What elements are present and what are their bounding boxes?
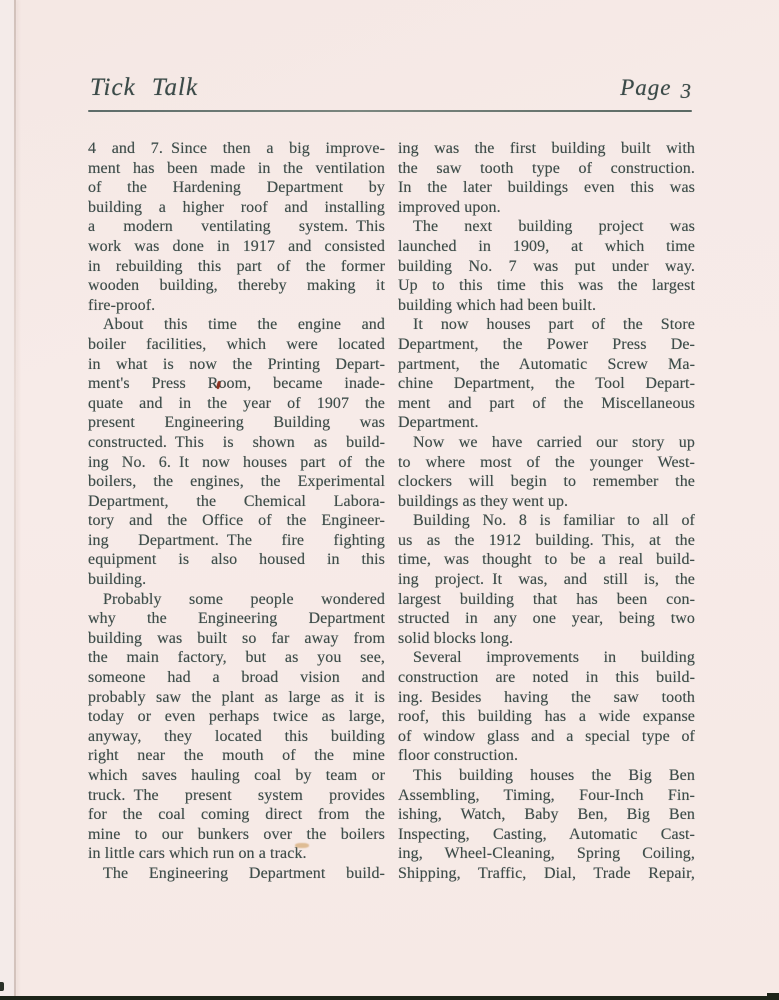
text-line: roof, this building has a wide expanse (398, 707, 695, 727)
page-label: Page3 (620, 75, 692, 101)
text-line: fire-proof. (88, 296, 385, 316)
text-line: largest building that has been con- (398, 590, 695, 610)
text-line: building a higher roof and installing (88, 198, 385, 218)
text-line: construction are noted in this build- (398, 668, 695, 688)
text-line: anyway, they located this building (88, 727, 385, 747)
text-line: In the later buildings even this was (398, 178, 695, 198)
text-line: the main factory, but as you see, (88, 648, 385, 668)
text-line: present Engineering Building was (88, 413, 385, 433)
text-line: Several improvements in building (398, 648, 695, 668)
text-line: a modern ventilating system. This (88, 217, 385, 237)
text-line: in what is now the Printing Depart- (88, 355, 385, 375)
publication-title: Tick Talk (90, 74, 198, 102)
text-line: of the Hardening Department by (88, 178, 385, 198)
text-line: constructed. This is shown as build- (88, 433, 385, 453)
text-line: buildings as they went up. (398, 492, 695, 512)
scan-edge-mark (0, 982, 4, 991)
text-line: ing Department. The fire fighting (88, 531, 385, 551)
text-line: wooden building, thereby making it (88, 276, 385, 296)
text-line: tory and the Office of the Engineer- (88, 511, 385, 531)
text-line: Assembling, Timing, Four-Inch Fin- (398, 786, 695, 806)
column-left: 4 and 7. Since then a big improve-ment h… (88, 139, 385, 884)
paragraph: About this time the engine andboiler fac… (88, 315, 385, 589)
text-line: structed in any one year, being two (398, 609, 695, 629)
paragraph: The next building project waslaunched in… (398, 217, 695, 315)
page-number: 3 (681, 79, 693, 103)
article-body: 4 and 7. Since then a big improve-ment h… (88, 139, 695, 884)
text-line: boilers, the engines, the Experimental (88, 472, 385, 492)
text-line: solid blocks long. (398, 629, 695, 649)
text-line: truck. The present system provides (88, 786, 385, 806)
text-line: ing project. It was, and still is, the (398, 570, 695, 590)
text-line: Department, the Power Press De- (398, 335, 695, 355)
text-line: ment's Press Room, became inade- (88, 374, 385, 394)
paragraph: Building No. 8 is familiar to all ofus a… (398, 511, 695, 648)
scan-corner-mark (767, 993, 779, 1000)
text-line: Probably some people wondered (88, 590, 385, 610)
text-line: work was done in 1917 and consisted (88, 237, 385, 257)
text-line: 4 and 7. Since then a big improve- (88, 139, 385, 159)
text-line: The next building project was (398, 217, 695, 237)
column-right: ing was the first building built withthe… (398, 139, 695, 884)
text-line: clockers will begin to remember the (398, 472, 695, 492)
text-line: for the coal coming direct from the (88, 805, 385, 825)
text-line: building No. 7 was put under way. (398, 257, 695, 277)
text-line: ing No. 6. It now houses part of the (88, 453, 385, 473)
text-line: building was built so far away from (88, 629, 385, 649)
text-line: ishing, Watch, Baby Ben, Big Ben (398, 805, 695, 825)
text-line: building which had been built. (398, 296, 695, 316)
text-line: Up to this time this was the largest (398, 276, 695, 296)
paragraph: Now we have carried our story upto where… (398, 433, 695, 511)
text-line: in rebuilding this part of the former (88, 257, 385, 277)
text-line: ment and part of the Miscellaneous (398, 394, 695, 414)
text-line: It now houses part of the Store (398, 315, 695, 335)
header-rule (88, 110, 692, 112)
text-line: in little cars which run on a track. (88, 844, 385, 864)
text-line: boiler facilities, which were located (88, 335, 385, 355)
text-line: ing was the first building built with (398, 139, 695, 159)
scan-speck-tan (295, 843, 309, 848)
text-line: why the Engineering Department (88, 609, 385, 629)
paragraph: This building houses the Big BenAssembli… (398, 766, 695, 884)
text-line: The Engineering Department build- (88, 864, 385, 884)
paragraph: Several improvements in buildingconstruc… (398, 648, 695, 766)
text-line: building. (88, 570, 385, 590)
text-line: Department. (398, 413, 695, 433)
text-line: partment, the Automatic Screw Ma- (398, 355, 695, 375)
paragraph: 4 and 7. Since then a big improve-ment h… (88, 139, 385, 315)
text-line: someone had a broad vision and (88, 668, 385, 688)
text-line: the saw tooth type of construction. (398, 159, 695, 179)
page-word: Page (620, 75, 671, 100)
text-line: launched in 1909, at which time (398, 237, 695, 257)
document-page: Tick Talk Page3 4 and 7. Since then a bi… (0, 0, 779, 1000)
text-line: ment has been made in the ventilation (88, 159, 385, 179)
paragraph: Probably some people wonderedwhy the Eng… (88, 590, 385, 864)
text-line: us as the 1912 building. This, at the (398, 531, 695, 551)
text-line: ing. Besides having the saw tooth (398, 688, 695, 708)
text-line: Inspecting, Casting, Automatic Cast- (398, 825, 695, 845)
text-line: of window glass and a special type of (398, 727, 695, 747)
text-line: time, was thought to be a real build- (398, 550, 695, 570)
text-line: ing, Wheel-Cleaning, Spring Coiling, (398, 844, 695, 864)
text-line: right near the mouth of the mine (88, 746, 385, 766)
text-line: equipment is also housed in this (88, 550, 385, 570)
text-line: quate and in the year of 1907 the (88, 394, 385, 414)
text-line: improved upon. (398, 198, 695, 218)
scan-bottom-edge (0, 996, 779, 1000)
paragraph: It now houses part of the StoreDepartmen… (398, 315, 695, 433)
scan-left-edge (0, 0, 14, 1000)
text-line: to where most of the younger West- (398, 453, 695, 473)
text-line: mine to our bunkers over the boilers (88, 825, 385, 845)
text-line: today or even perhaps twice as large, (88, 707, 385, 727)
text-line: Department, the Chemical Labora- (88, 492, 385, 512)
page-header: Tick Talk Page3 (90, 74, 692, 102)
text-line: About this time the engine and (88, 315, 385, 335)
text-line: floor construction. (398, 746, 695, 766)
text-line: chine Department, the Tool Depart- (398, 374, 695, 394)
paragraph: The Engineering Department build- (88, 864, 385, 884)
text-line: Building No. 8 is familiar to all of (398, 511, 695, 531)
text-line: probably saw the plant as large as it is (88, 688, 385, 708)
text-line: which saves hauling coal by team or (88, 766, 385, 786)
page-crease-line (14, 0, 16, 1000)
paragraph: ing was the first building built withthe… (398, 139, 695, 217)
text-line: This building houses the Big Ben (398, 766, 695, 786)
text-line: Shipping, Traffic, Dial, Trade Repair, (398, 864, 695, 884)
text-line: Now we have carried our story up (398, 433, 695, 453)
